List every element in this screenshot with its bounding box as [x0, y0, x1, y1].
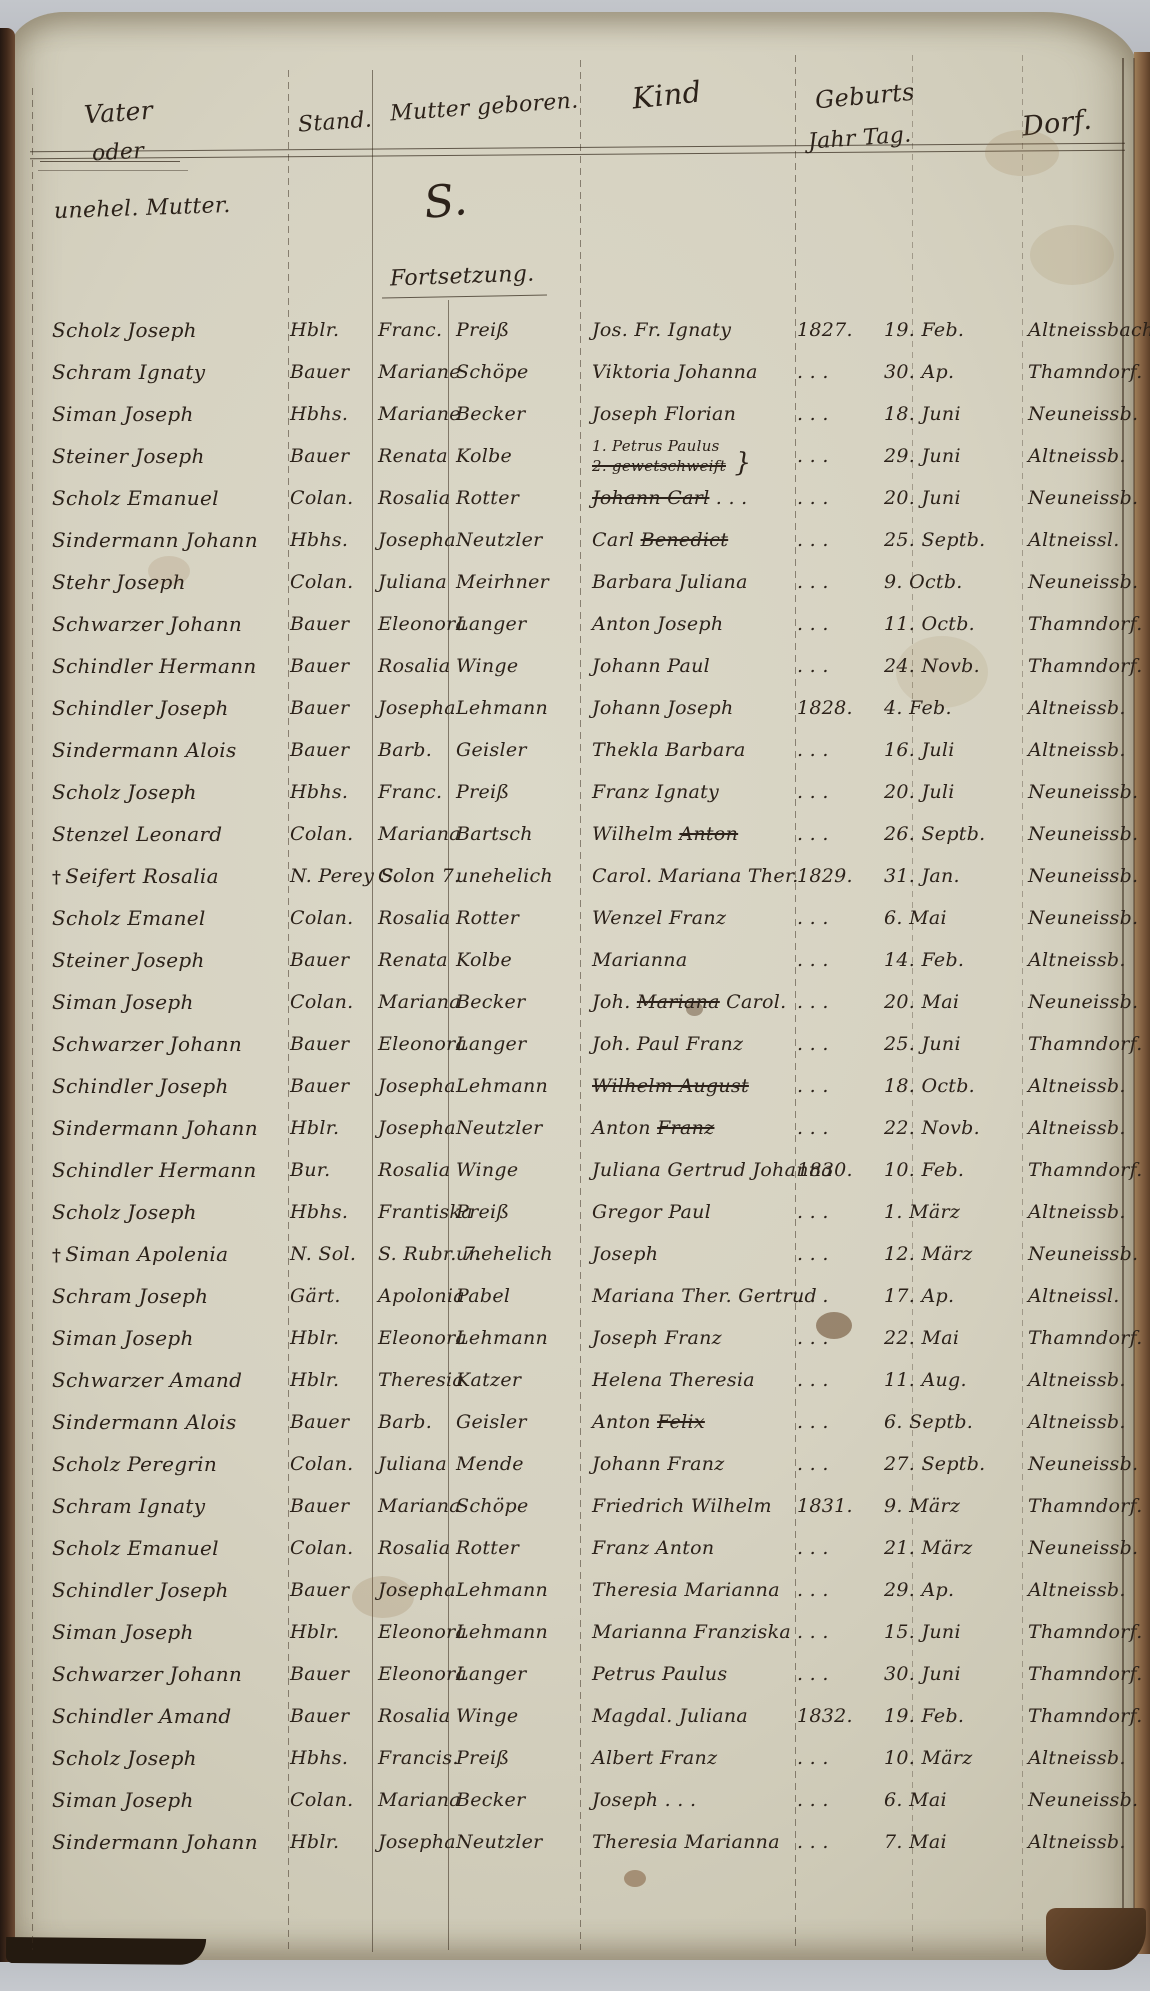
birth-date-cell: 19. Feb.	[880, 1705, 1022, 1727]
table-row: Siman JosephHbhs.MarianeBeckerJoseph Flo…	[40, 393, 1132, 435]
father-cell: Schindler Joseph	[40, 1578, 288, 1602]
father-cell: Schwarzer Johann	[40, 1662, 288, 1686]
birth-year-cell: . . .	[795, 1285, 880, 1307]
table-row: Siman JosephColan.MarianaBeckerJoh. Mari…	[40, 981, 1132, 1023]
village-cell: Thamndorf.	[1022, 1495, 1132, 1517]
table-row: Schindler JosephBauerJosephaLehmannJohan…	[40, 687, 1132, 729]
birth-date-cell: 29. Ap.	[880, 1579, 1022, 1601]
birth-date-cell: 18. Juni	[880, 403, 1022, 425]
child-cell: Joh. Paul Franz	[580, 1033, 795, 1055]
mother-given-cell: Josepha	[372, 697, 448, 719]
birth-date-cell: 6. Septb.	[880, 1411, 1022, 1433]
mother-surname-cell: Kolbe	[448, 445, 580, 467]
child-cell: Gregor Paul	[580, 1201, 795, 1223]
table-row: Sindermann AloisBauerBarb.GeislerThekla …	[40, 729, 1132, 771]
child-cell: Friedrich Wilhelm	[580, 1495, 795, 1517]
birth-date-cell: 9. Octb.	[880, 571, 1022, 593]
table-row: Schwarzer JohannBauerEleonoraLangerAnton…	[40, 603, 1132, 645]
table-row: Scholz PeregrinColan.JulianaMendeJohann …	[40, 1443, 1132, 1485]
stand-cell: Hblr.	[288, 1327, 372, 1349]
stand-cell: Colan.	[288, 1537, 372, 1559]
child-cell: Joseph Florian	[580, 403, 795, 425]
mother-surname-cell: Meirhner	[448, 571, 580, 593]
birth-year-cell: . . .	[795, 781, 880, 803]
child-cell: Anton Joseph	[580, 613, 795, 635]
mother-surname-cell: Schöpe	[448, 361, 580, 383]
birth-date-cell: 12. März	[880, 1243, 1022, 1265]
birth-year-cell: . . .	[795, 403, 880, 425]
table-row: Schindler HermannBauerRosaliaWingeJohann…	[40, 645, 1132, 687]
mother-given-cell: Josepha	[372, 529, 448, 551]
father-cell: Scholz Joseph	[40, 318, 288, 342]
father-cell: Scholz Emanuel	[40, 486, 288, 510]
table-row: Schindler JosephBauerJosephaLehmannThere…	[40, 1569, 1132, 1611]
child-cell: 1. Petrus Paulus2. gewetschweift }	[580, 438, 795, 475]
stand-cell: N. Sol.	[288, 1243, 372, 1265]
stand-cell: Hbhs.	[288, 529, 372, 551]
village-cell: Altneissb.	[1022, 1201, 1132, 1223]
stand-cell: Hblr.	[288, 1621, 372, 1643]
mother-surname-cell: Lehmann	[448, 1075, 580, 1097]
birth-year-cell: . . .	[795, 1075, 880, 1097]
stand-cell: Bauer	[288, 1663, 372, 1685]
father-cell: Siman Joseph	[40, 1326, 288, 1350]
book-corner-shadow	[6, 1937, 206, 1965]
birth-year-cell: 1828.	[795, 697, 880, 719]
child-cell: Theresia Marianna	[580, 1579, 795, 1601]
header-father-oder: oder	[91, 139, 144, 167]
child-cell: Anton Felix	[580, 1411, 795, 1433]
village-cell: Neuneissb.	[1022, 991, 1132, 1013]
father-cell: Schwarzer Johann	[40, 1032, 288, 1056]
father-cell: Sindermann Johann	[40, 1116, 288, 1140]
birth-year-cell: . . .	[795, 1411, 880, 1433]
father-cell: Schram Joseph	[40, 1284, 288, 1308]
mother-given-cell: Josepha	[372, 1075, 448, 1097]
birth-date-cell: 19. Feb.	[880, 319, 1022, 341]
birth-year-cell: . . .	[795, 1747, 880, 1769]
village-cell: Thamndorf.	[1022, 1159, 1132, 1181]
child-cell: Joh. Mariana Carol.	[580, 991, 795, 1013]
father-cell: Scholz Joseph	[40, 780, 288, 804]
mother-given-cell: Eleonora	[372, 1327, 448, 1349]
stand-cell: Bauer	[288, 697, 372, 719]
mother-given-cell: Renata	[372, 949, 448, 971]
mother-given-cell: Josepha	[372, 1117, 448, 1139]
mother-surname-cell: Becker	[448, 1789, 580, 1811]
father-cell: Schwarzer Amand	[40, 1368, 288, 1392]
table-row: Schwarzer AmandHblr.TheresiaKatzerHelena…	[40, 1359, 1132, 1401]
mother-surname-cell: Langer	[448, 1033, 580, 1055]
child-cell: Albert Franz	[580, 1747, 795, 1769]
birth-year-cell: . . .	[795, 361, 880, 383]
father-cell: Siman Joseph	[40, 1788, 288, 1812]
table-row: Sindermann AloisBauerBarb.GeislerAnton F…	[40, 1401, 1132, 1443]
birth-date-cell: 16. Juli	[880, 739, 1022, 761]
stand-cell: Bauer	[288, 949, 372, 971]
mother-given-cell: Rosalia	[372, 487, 448, 509]
village-cell: Neuneissb.	[1022, 1537, 1132, 1559]
village-cell: Altneissl.	[1022, 1285, 1132, 1307]
mother-given-cell: Mariane	[372, 361, 448, 383]
table-row: Scholz JosephHbhs.Francis.PreißAlbert Fr…	[40, 1737, 1132, 1779]
mother-surname-cell: Lehmann	[448, 1621, 580, 1643]
mother-surname-cell: Lehmann	[448, 697, 580, 719]
village-cell: Neuneissb.	[1022, 571, 1132, 593]
birth-date-cell: 7. Mai	[880, 1831, 1022, 1853]
stand-cell: Bur.	[288, 1159, 372, 1181]
village-cell: Altneissb.	[1022, 1747, 1132, 1769]
table-row: Steiner JosephBauerRenataKolbeMarianna. …	[40, 939, 1132, 981]
stand-cell: Bauer	[288, 1705, 372, 1727]
mother-surname-cell: Kolbe	[448, 949, 580, 971]
mother-given-cell: Mariana	[372, 823, 448, 845]
deceased-cross-mark: †	[52, 868, 61, 888]
birth-year-cell: . . .	[795, 1621, 880, 1643]
table-row: Schindler JosephBauerJosephaLehmannWilhe…	[40, 1065, 1132, 1107]
mother-surname-cell: Neutzler	[448, 1831, 580, 1853]
birth-date-cell: 18. Octb.	[880, 1075, 1022, 1097]
table-row: Schindler AmandBauerRosaliaWingeMagdal. …	[40, 1695, 1132, 1737]
mother-given-cell: Barb.	[372, 1411, 448, 1433]
mother-surname-cell: Langer	[448, 1663, 580, 1685]
header-father: Vater	[83, 96, 154, 130]
birth-date-cell: 20. Juli	[880, 781, 1022, 803]
mother-surname-cell: Lehmann	[448, 1327, 580, 1349]
stand-cell: Bauer	[288, 445, 372, 467]
village-cell: Neuneissb.	[1022, 1789, 1132, 1811]
father-cell: Schram Ignaty	[40, 1494, 288, 1518]
mother-surname-cell: Winge	[448, 1705, 580, 1727]
child-cell: Anton Franz	[580, 1117, 795, 1139]
stand-cell: Hblr.	[288, 319, 372, 341]
village-cell: Thamndorf.	[1022, 655, 1132, 677]
father-cell: Sindermann Johann	[40, 528, 288, 552]
birth-year-cell: . . .	[795, 1327, 880, 1349]
mother-surname-cell: Katzer	[448, 1369, 580, 1391]
book-corner-shadow	[1046, 1908, 1146, 1970]
table-row: Scholz JosephHbhs.Franc.PreißFranz Ignat…	[40, 771, 1132, 813]
father-cell: Scholz Peregrin	[40, 1452, 288, 1476]
table-row: Schindler HermannBur.RosaliaWingeJuliana…	[40, 1149, 1132, 1191]
village-cell: Altneissb.	[1022, 949, 1132, 971]
birth-date-cell: 14. Feb.	[880, 949, 1022, 971]
father-cell: Steiner Joseph	[40, 444, 288, 468]
mother-given-cell: Rosalia	[372, 655, 448, 677]
father-cell: Schindler Amand	[40, 1704, 288, 1728]
birth-year-cell: . . .	[795, 1201, 880, 1223]
birth-year-cell: . . .	[795, 613, 880, 635]
birth-date-cell: 20. Mai	[880, 991, 1022, 1013]
mother-given-cell: Eleonora	[372, 613, 448, 635]
stand-cell: Bauer	[288, 655, 372, 677]
village-cell: Altneissb.	[1022, 1075, 1132, 1097]
child-cell: Wenzel Franz	[580, 907, 795, 929]
birth-year-cell: . . .	[795, 1663, 880, 1685]
birth-date-cell: 11. Octb.	[880, 613, 1022, 635]
birth-year-cell: . . .	[795, 655, 880, 677]
mother-surname-cell: unehelich	[448, 1243, 580, 1265]
village-cell: Altneissb.	[1022, 1411, 1132, 1433]
mother-given-cell: Franc.	[372, 319, 448, 341]
birth-year-cell: . . .	[795, 949, 880, 971]
village-cell: Thamndorf.	[1022, 1663, 1132, 1685]
section-letter: S.	[421, 174, 469, 229]
birth-year-cell: . . .	[795, 1033, 880, 1055]
mother-surname-cell: Langer	[448, 613, 580, 635]
father-cell: Siman Joseph	[40, 402, 288, 426]
mother-surname-cell: unehelich	[448, 865, 580, 887]
child-cell: Viktoria Johanna	[580, 361, 795, 383]
stand-cell: Colan.	[288, 571, 372, 593]
birth-date-cell: 10. Feb.	[880, 1159, 1022, 1181]
mother-surname-cell: Mende	[448, 1453, 580, 1475]
father-cell: †Seifert Rosalia	[40, 864, 288, 888]
stand-cell: N. Perey S.	[288, 865, 372, 887]
child-cell: Wilhelm Anton	[580, 823, 795, 845]
section-continuation: Fortsetzung.	[390, 261, 535, 291]
village-cell: Thamndorf.	[1022, 361, 1132, 383]
stand-cell: Colan.	[288, 991, 372, 1013]
mother-given-cell: Theresia	[372, 1369, 448, 1391]
stand-cell: Colan.	[288, 823, 372, 845]
stand-cell: Bauer	[288, 1075, 372, 1097]
father-cell: Schwarzer Johann	[40, 612, 288, 636]
birth-date-cell: 25. Septb.	[880, 529, 1022, 551]
birth-year-cell: 1827.	[795, 319, 880, 341]
mother-surname-cell: Geisler	[448, 1411, 580, 1433]
child-cell: Barbara Juliana	[580, 571, 795, 593]
mother-surname-cell: Becker	[448, 403, 580, 425]
birth-date-cell: 4. Feb.	[880, 697, 1022, 719]
birth-year-cell: 1831.	[795, 1495, 880, 1517]
mother-surname-cell: Winge	[448, 655, 580, 677]
father-cell: Schindler Joseph	[40, 696, 288, 720]
father-cell: Schram Ignaty	[40, 360, 288, 384]
village-cell: Altneissb.	[1022, 1831, 1132, 1853]
header-child: Kind	[630, 74, 703, 115]
child-cell: Helena Theresia	[580, 1369, 795, 1391]
birth-date-cell: 22. Novb.	[880, 1117, 1022, 1139]
table-row: Siman JosephHblr.EleonoraLehmannMarianna…	[40, 1611, 1132, 1653]
father-cell: Stehr Joseph	[40, 570, 288, 594]
stand-cell: Colan.	[288, 487, 372, 509]
mother-given-cell: Eleonora	[372, 1663, 448, 1685]
stand-cell: Hbhs.	[288, 403, 372, 425]
table-row: Schram JosephGärt.ApoloniaPabelMariana T…	[40, 1275, 1132, 1317]
table-row: Stehr JosephColan.JulianaMeirhnerBarbara…	[40, 561, 1132, 603]
birth-year-cell: . . .	[795, 1537, 880, 1559]
table-row: †Seifert RosaliaN. Perey S.Colon 7.unehe…	[40, 855, 1132, 897]
mother-given-cell: Mariane	[372, 403, 448, 425]
birth-date-cell: 6. Mai	[880, 907, 1022, 929]
birth-year-cell: . . .	[795, 487, 880, 509]
mother-given-cell: Mariana	[372, 1495, 448, 1517]
village-cell: Neuneissb.	[1022, 781, 1132, 803]
child-cell: Juliana Gertrud Johanna	[580, 1159, 795, 1181]
child-cell: Carl Benedict	[580, 529, 795, 551]
stand-cell: Colan.	[288, 907, 372, 929]
child-cell: Mariana Ther. Gertrud	[580, 1285, 795, 1307]
mother-given-cell: Barb.	[372, 739, 448, 761]
birth-year-cell: . . .	[795, 1453, 880, 1475]
stand-cell: Colan.	[288, 1453, 372, 1475]
birth-date-cell: 29. Juni	[880, 445, 1022, 467]
birth-year-cell: . . .	[795, 991, 880, 1013]
stand-cell: Bauer	[288, 739, 372, 761]
father-cell: Schindler Joseph	[40, 1074, 288, 1098]
birth-date-cell: 27. Septb.	[880, 1453, 1022, 1475]
birth-date-cell: 22. Mai	[880, 1327, 1022, 1349]
child-cell: Petrus Paulus	[580, 1663, 795, 1685]
stand-cell: Bauer	[288, 1033, 372, 1055]
table-row: Scholz EmanuelColan.RosaliaRotterJohann …	[40, 477, 1132, 519]
mother-surname-cell: Preiß	[448, 781, 580, 803]
birth-date-cell: 15. Juni	[880, 1621, 1022, 1643]
child-cell: Magdal. Juliana	[580, 1705, 795, 1727]
birth-date-cell: 24. Novb.	[880, 655, 1022, 677]
stand-cell: Bauer	[288, 1411, 372, 1433]
child-cell: Carol. Mariana Ther.	[580, 865, 795, 887]
scanned-register-book: { "page": { "section_letter": "S.", "con…	[0, 0, 1150, 1991]
birth-year-cell: 1829.	[795, 865, 880, 887]
mother-given-cell: Colon 7.	[372, 865, 448, 887]
child-cell: Johann Joseph	[580, 697, 795, 719]
mother-surname-cell: Pabel	[448, 1285, 580, 1307]
birth-year-cell: . . .	[795, 907, 880, 929]
child-cell: Johann Carl . . .	[580, 487, 795, 509]
stand-cell: Colan.	[288, 1789, 372, 1811]
mother-given-cell: Rosalia	[372, 907, 448, 929]
father-cell: Scholz Emanuel	[40, 1536, 288, 1560]
father-cell: Sindermann Johann	[40, 1830, 288, 1854]
birth-date-cell: 20. Juni	[880, 487, 1022, 509]
village-cell: Neuneissb.	[1022, 1453, 1132, 1475]
child-cell: Thekla Barbara	[580, 739, 795, 761]
birth-year-cell: . . .	[795, 739, 880, 761]
mother-surname-cell: Lehmann	[448, 1579, 580, 1601]
mother-given-cell: Rosalia	[372, 1705, 448, 1727]
table-row: Siman JosephColan.MarianaBeckerJoseph . …	[40, 1779, 1132, 1821]
village-cell: Thamndorf.	[1022, 1705, 1132, 1727]
child-cell: Theresia Marianna	[580, 1831, 795, 1853]
village-cell: Neuneissb.	[1022, 865, 1132, 887]
mother-surname-cell: Neutzler	[448, 1117, 580, 1139]
birth-year-cell: . . .	[795, 445, 880, 467]
column-rule	[32, 88, 33, 1950]
village-cell: Thamndorf.	[1022, 1621, 1132, 1643]
table-row: Schram IgnatyBauerMarianaSchöpeFriedrich…	[40, 1485, 1132, 1527]
birth-year-cell: . . .	[795, 571, 880, 593]
village-cell: Neuneissb.	[1022, 403, 1132, 425]
mother-given-cell: Mariana	[372, 1789, 448, 1811]
village-cell: Altneissb.	[1022, 1117, 1132, 1139]
table-row: Sindermann JohannHblr.JosephaNeutzlerThe…	[40, 1821, 1132, 1863]
deceased-cross-mark: †	[52, 1246, 61, 1266]
village-cell: Altneissb.	[1022, 697, 1132, 719]
birth-year-cell: . . .	[795, 1117, 880, 1139]
village-cell: Altneissb.	[1022, 739, 1132, 761]
mother-given-cell: S. Rubr. 7.	[372, 1243, 448, 1265]
mother-given-cell: Eleonora	[372, 1033, 448, 1055]
village-cell: Thamndorf.	[1022, 613, 1132, 635]
mother-given-cell: Mariana	[372, 991, 448, 1013]
mother-given-cell: Eleonora	[372, 1621, 448, 1643]
village-cell: Altneissb.	[1022, 445, 1132, 467]
mother-surname-cell: Schöpe	[448, 1495, 580, 1517]
birth-date-cell: 6. Mai	[880, 1789, 1022, 1811]
birth-date-cell: 10. März	[880, 1747, 1022, 1769]
birth-year-cell: . . .	[795, 1243, 880, 1265]
table-row: †Siman ApoleniaN. Sol.S. Rubr. 7.uneheli…	[40, 1233, 1132, 1275]
child-cell: Johann Franz	[580, 1453, 795, 1475]
table-row: Schwarzer JohannBauerEleonoraLangerJoh. …	[40, 1023, 1132, 1065]
birth-date-cell: 31. Jan.	[880, 865, 1022, 887]
birth-year-cell: . . .	[795, 823, 880, 845]
mother-surname-cell: Preiß	[448, 1747, 580, 1769]
father-cell: Stenzel Leonard	[40, 822, 288, 846]
mother-surname-cell: Preiß	[448, 1201, 580, 1223]
birth-year-cell: 1830.	[795, 1159, 880, 1181]
village-cell: Neuneissb.	[1022, 487, 1132, 509]
village-cell: Altneissb.	[1022, 1579, 1132, 1601]
table-row: Scholz EmanelColan.RosaliaRotterWenzel F…	[40, 897, 1132, 939]
child-cell: Marianna	[580, 949, 795, 971]
register-rows: Scholz JosephHblr.Franc.PreißJos. Fr. Ig…	[40, 309, 1132, 1863]
mother-given-cell: Rosalia	[372, 1537, 448, 1559]
father-cell: †Siman Apolenia	[40, 1242, 288, 1266]
table-row: Schram IgnatyBauerMarianeSchöpeViktoria …	[40, 351, 1132, 393]
child-cell: Franz Anton	[580, 1537, 795, 1559]
mother-given-cell: Josepha	[372, 1579, 448, 1601]
child-cell: Joseph . . .	[580, 1789, 795, 1811]
mother-given-cell: Juliana	[372, 571, 448, 593]
father-cell: Siman Joseph	[40, 990, 288, 1014]
child-cell: Joseph	[580, 1243, 795, 1265]
table-row: Sindermann JohannHblr.JosephaNeutzlerAnt…	[40, 1107, 1132, 1149]
table-row: Siman JosephHblr.EleonoraLehmannJoseph F…	[40, 1317, 1132, 1359]
mother-given-cell: Apolonia	[372, 1285, 448, 1307]
child-cell: Joseph Franz	[580, 1327, 795, 1349]
stand-cell: Bauer	[288, 361, 372, 383]
table-row: Scholz EmanuelColan.RosaliaRotterFranz A…	[40, 1527, 1132, 1569]
mother-surname-cell: Geisler	[448, 739, 580, 761]
child-cell: Johann Paul	[580, 655, 795, 677]
birth-date-cell: 9. März	[880, 1495, 1022, 1517]
stand-cell: Bauer	[288, 1579, 372, 1601]
mother-surname-cell: Rotter	[448, 1537, 580, 1559]
table-row: Stenzel LeonardColan.MarianaBartschWilhe…	[40, 813, 1132, 855]
father-cell: Scholz Joseph	[40, 1746, 288, 1770]
father-cell: Sindermann Alois	[40, 1410, 288, 1434]
village-cell: Altneissl.	[1022, 529, 1132, 551]
mother-surname-cell: Neutzler	[448, 529, 580, 551]
stand-cell: Bauer	[288, 1495, 372, 1517]
stand-cell: Gärt.	[288, 1285, 372, 1307]
village-cell: Neuneissb.	[1022, 1243, 1132, 1265]
father-cell: Sindermann Alois	[40, 738, 288, 762]
father-cell: Schindler Hermann	[40, 1158, 288, 1182]
village-cell: Neuneissb.	[1022, 907, 1132, 929]
mother-surname-cell: Preiß	[448, 319, 580, 341]
mother-surname-cell: Rotter	[448, 907, 580, 929]
oder-underline	[38, 170, 188, 171]
birth-date-cell: 30. Juni	[880, 1663, 1022, 1685]
village-cell: Neuneissb.	[1022, 823, 1132, 845]
stand-cell: Hblr.	[288, 1117, 372, 1139]
birth-year-cell: . . .	[795, 1831, 880, 1853]
father-cell: Siman Joseph	[40, 1620, 288, 1644]
